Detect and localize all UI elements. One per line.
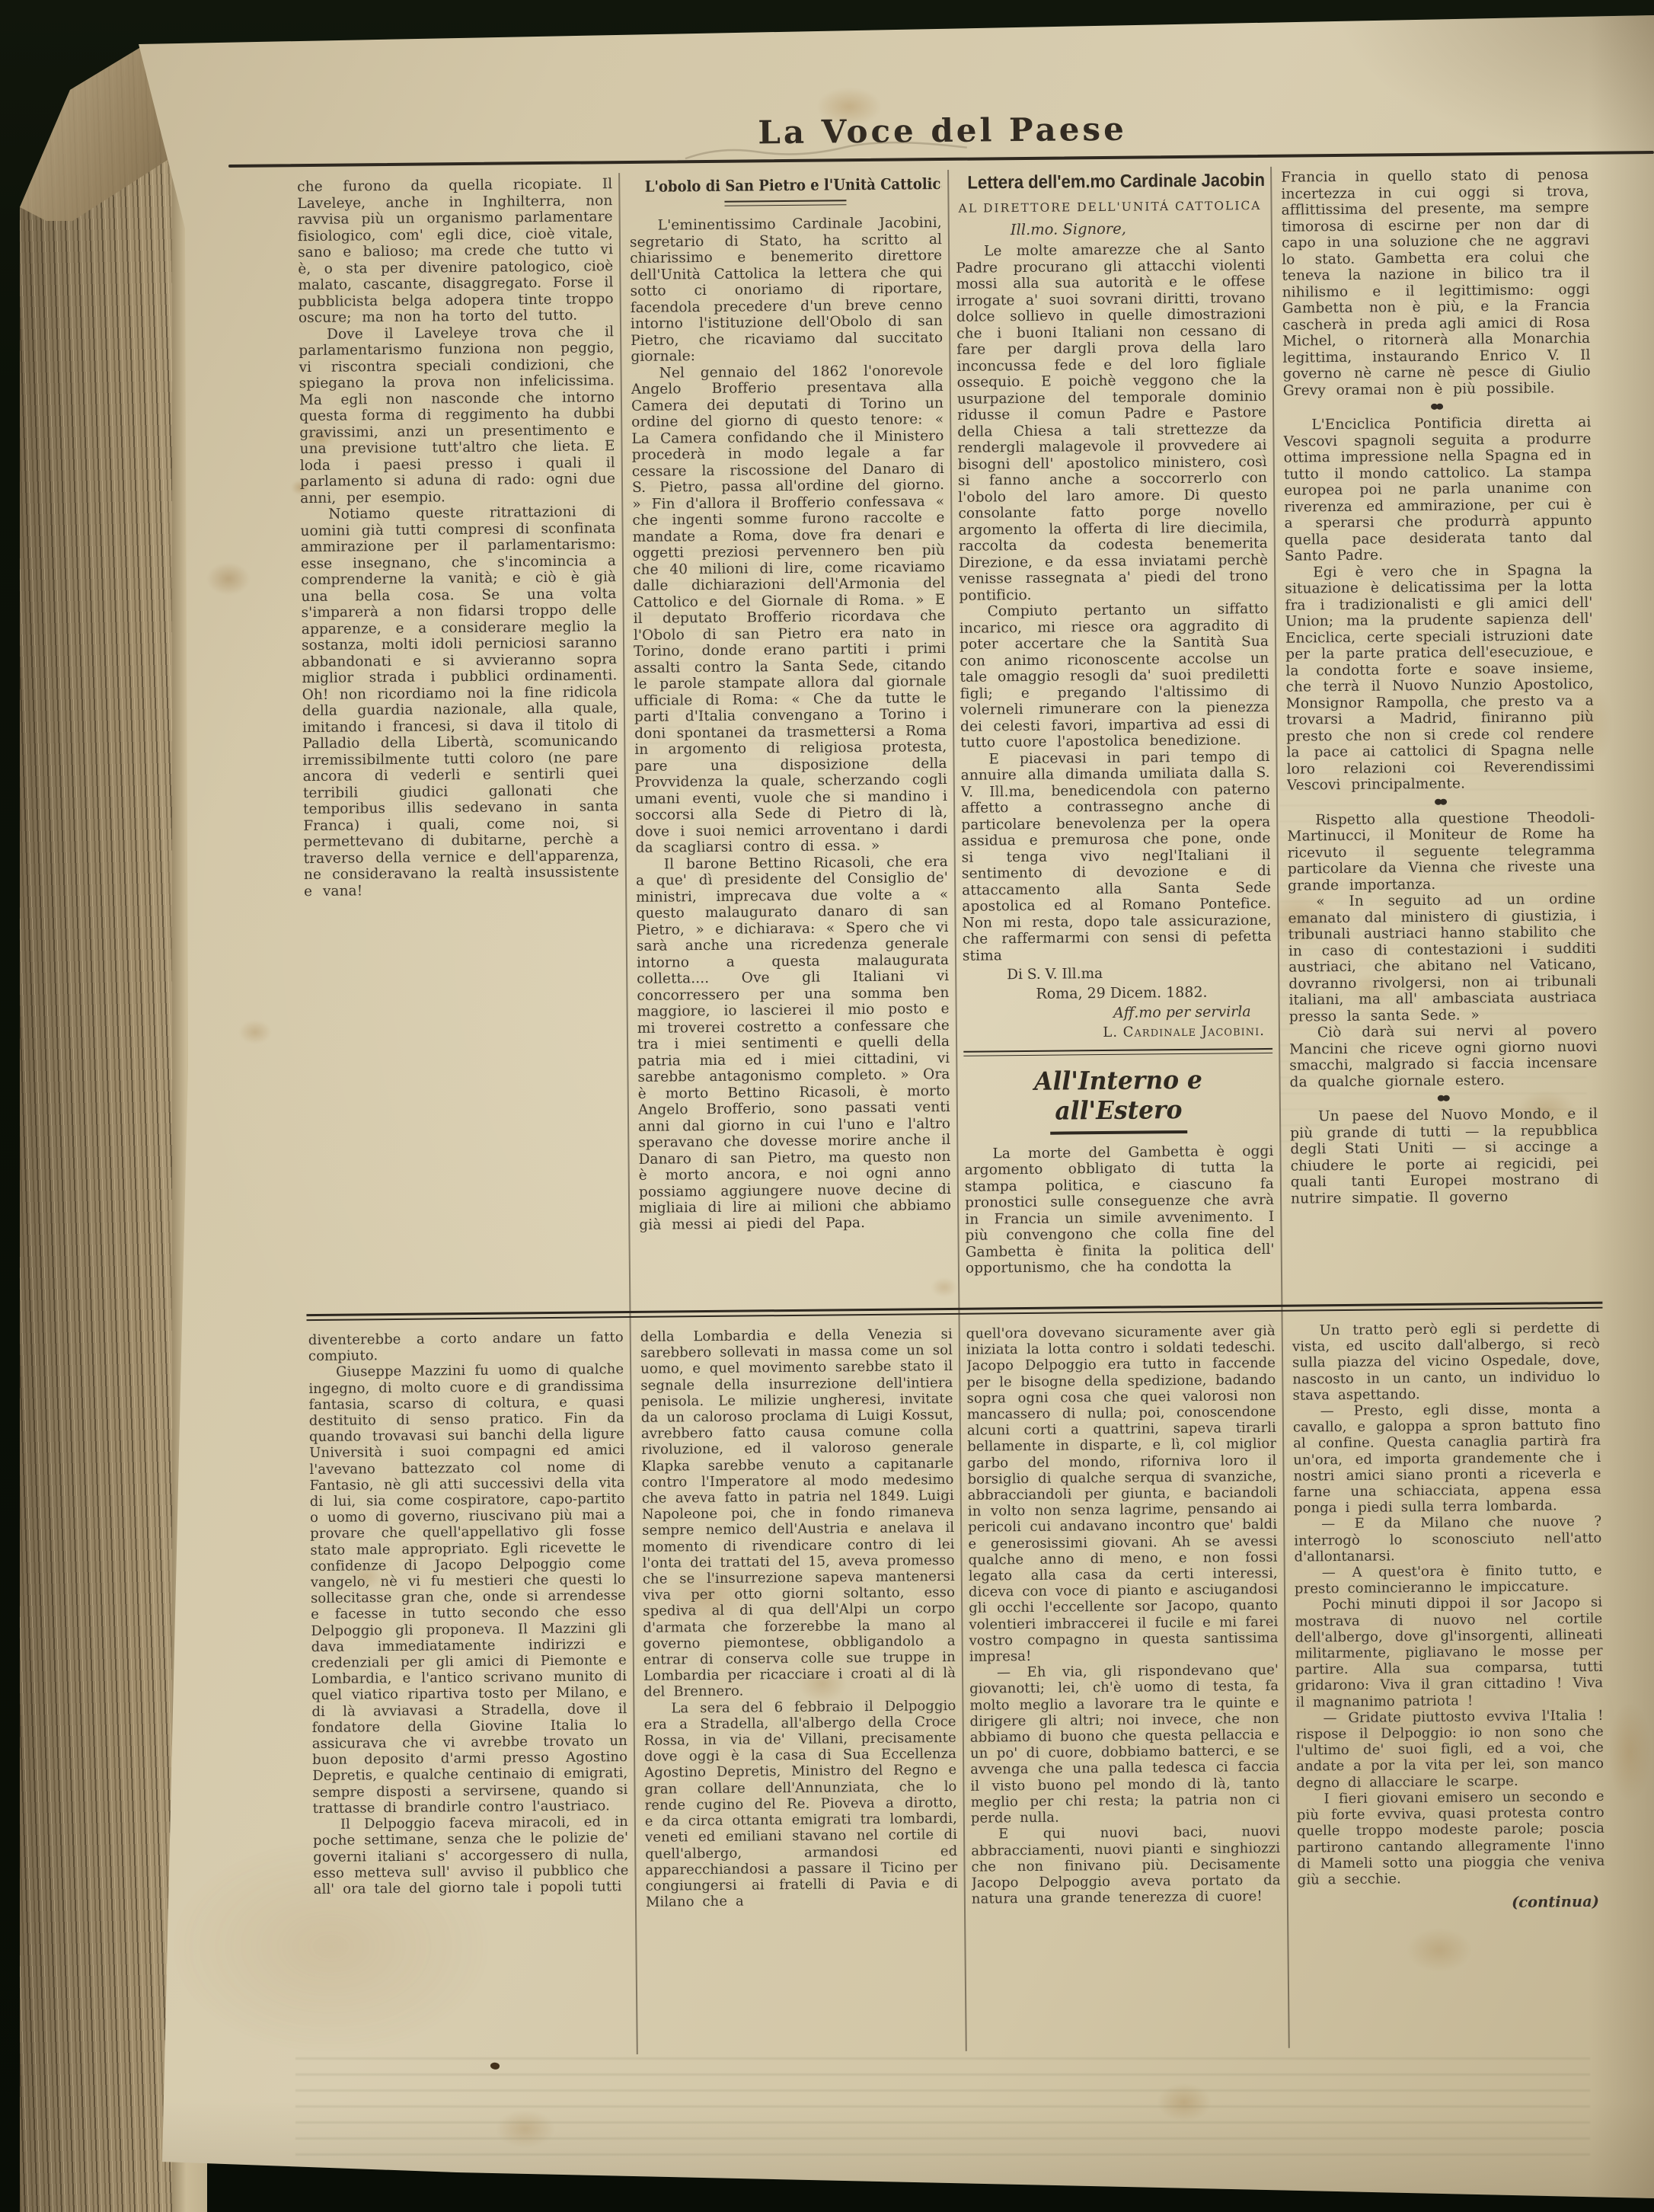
article-paragraph: che furono da quella ricopiate. Il Lavel… xyxy=(297,176,614,326)
column-3-upper: Lettera dell'em.mo Cardinale Jacobini AL… xyxy=(955,170,1275,1300)
news-paragraph: Un paese del Nuovo Mondo, e il più grand… xyxy=(1290,1106,1598,1207)
news-paragraph: La morte del Gambetta è oggi argomento o… xyxy=(964,1143,1275,1277)
feuilleton-paragraph: — Gridate piuttosto evviva l'Italia ! ri… xyxy=(1296,1708,1605,1792)
letter-subheading: AL DIRETTORE DELL'UNITÁ CATTOLICA xyxy=(955,199,1264,216)
item-separator-ornament xyxy=(1283,401,1591,412)
feuilleton-paragraph: Pochi minuti dippoi il sor Jacopo si mos… xyxy=(1295,1594,1603,1710)
feuilleton-paragraph: Un tratto però egli si perdette di vista… xyxy=(1292,1320,1601,1404)
feuilleton-paragraph: Il Delpoggio faceva miracoli, ed in poch… xyxy=(313,1814,629,1897)
letter-valediction: Aff.mo per servirla xyxy=(963,1003,1251,1023)
news-paragraph: Rispetto alla questione Theodoli-Martinu… xyxy=(1287,809,1595,893)
article-paragraph: Nel gennaio del 1862 l'onorevole Angelo … xyxy=(631,363,948,857)
column-2-upper: L'obolo di San Pietro e l'Unità Cattolic… xyxy=(629,173,952,1303)
letter-paragraph: Le molte amarezze che al Santo Padre pro… xyxy=(956,241,1269,604)
feuilleton-paragraph: Giuseppe Mazzini fu uomo di qualche inge… xyxy=(308,1361,628,1817)
feuilleton-paragraph: quell'ora dovevano sicuramente aver già … xyxy=(966,1323,1279,1665)
item-separator-ornament xyxy=(1287,796,1595,807)
article-paragraph: L'eminentissimo Cardinale Jacobini, segr… xyxy=(630,215,944,365)
column-4-upper: Francia in quello stato di penosa incert… xyxy=(1281,167,1599,1297)
heading-rule xyxy=(1050,1130,1187,1134)
section-title-interno-estero: All'Interno e all'Estero xyxy=(972,1064,1266,1127)
feuilleton-paragraph: — Eh via, gli rispondevano que' giovanot… xyxy=(969,1662,1280,1827)
news-paragraph: « In seguito ad un ordine emanato dal mi… xyxy=(1288,891,1597,1025)
item-separator-ornament xyxy=(1290,1093,1598,1104)
feuilleton-paragraph: La sera del 6 febbraio il Delpoggio era … xyxy=(643,1698,958,1911)
printed-content: La Voce del Paese che furono da quella r… xyxy=(0,0,1654,2212)
feuilleton-paragraph: — Presto, egli disse, monta a cavallo, e… xyxy=(1293,1401,1601,1517)
feuilleton-paragraph: — A quest'ora è finito tutto, e presto c… xyxy=(1295,1562,1602,1597)
article-title-lettera: Lettera dell'em.mo Cardinale Jacobini xyxy=(967,170,1252,194)
column-1-lower: diventerebbe a corto andare un fatto com… xyxy=(308,1329,631,2060)
heading-rule xyxy=(724,200,846,206)
newspaper-scan-photo: La Voce del Paese che furono da quella r… xyxy=(0,0,1654,2212)
ink-blot xyxy=(490,2061,500,2070)
news-paragraph: Egi è vero che in Spagna la situazione è… xyxy=(1285,561,1595,794)
feuilleton-paragraph: E qui nuovi baci, nuovi abbracciamenti, … xyxy=(971,1824,1281,1907)
article-paragraph: Notiamo queste ritrattazioni di uomini g… xyxy=(300,503,619,900)
article-paragraph: Il barone Bettino Ricasoli, che era a qu… xyxy=(636,853,952,1232)
column-3-lower: quell'ora dovevano sicuramente aver già … xyxy=(966,1323,1282,2054)
news-paragraph: Francia in quello stato di penosa incert… xyxy=(1281,167,1591,399)
column-1-upper: che furono da quella ricopiate. Il Lavel… xyxy=(297,176,623,1306)
to-be-continued-label: (continua) xyxy=(1298,1893,1599,1913)
column-4-lower: Un tratto però egli si perdette di vista… xyxy=(1292,1320,1607,2051)
letter-signoff-line: Di S. V. Ill.ma xyxy=(1007,964,1272,983)
feuilleton-paragraph: — E da Milano che nuove ? interrogò lo s… xyxy=(1294,1514,1602,1565)
article-paragraph: Dove il Laveleye trova che il parlamenta… xyxy=(299,324,615,507)
feuilleton-paragraph: diventerebbe a corto andare un fatto com… xyxy=(308,1329,624,1364)
letter-signature: L. Cardinale Jacobini. xyxy=(963,1023,1265,1042)
article-title-obolo: L'obolo di San Pietro e l'Unità Cattolic… xyxy=(645,174,926,196)
feuilleton-paragraph: I fieri giovani emisero un secondo e più… xyxy=(1297,1788,1605,1888)
news-paragraph: Ciò darà sui nervi al povero Mancini che… xyxy=(1289,1022,1598,1091)
letter-dateline: Roma, 29 Dicem. 1882. xyxy=(1036,983,1272,1002)
column-2-lower: della Lombardia e della Venezia si sareb… xyxy=(640,1326,960,2057)
article-end-rule xyxy=(963,1048,1272,1056)
feuilleton-paragraph: della Lombardia e della Venezia si sareb… xyxy=(640,1326,956,1701)
letter-salutation: Ill.mo. Signore, xyxy=(1011,219,1265,238)
newspaper-page: La Voce del Paese che furono da quella r… xyxy=(0,0,1654,2212)
letter-paragraph: E piacevasi in pari tempo di annuire all… xyxy=(960,748,1272,964)
letter-paragraph: Compiuto pertanto un siffatto incarico, … xyxy=(960,601,1270,751)
news-paragraph: L'Enciclica Pontificia diretta ai Vescov… xyxy=(1283,414,1592,564)
